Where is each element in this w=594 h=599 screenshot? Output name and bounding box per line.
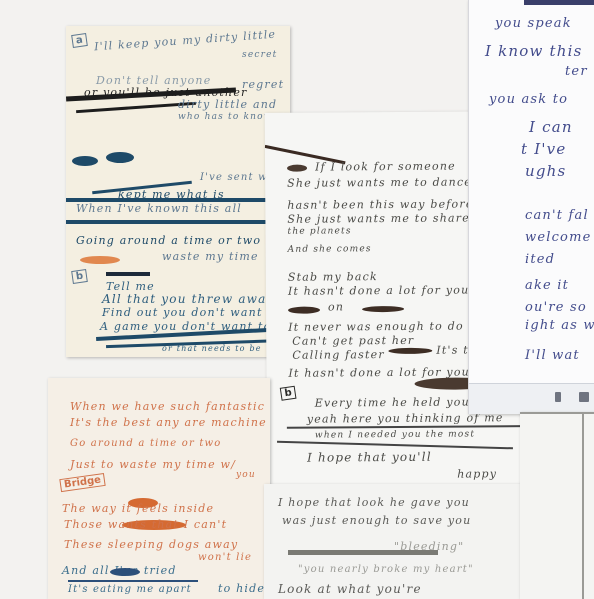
lyric-line: It never was enough to do [288,320,464,334]
lyric-line: These sleeping dogs away [64,538,238,551]
verse-label-b: b [280,386,297,401]
lyric-line: when I needed you the most [315,429,475,440]
lyric-line: the planets [287,226,351,236]
lyric-line: to hide [218,582,265,595]
lyric-line: It's eating me apart [68,584,192,595]
blank-sheet [520,412,594,599]
lyric-line: When I've known this all [76,202,242,215]
lyric-line: ited [525,252,555,267]
pencil-scribble [362,306,404,312]
lyric-line: ight as we [525,318,594,333]
pencil-scribble [287,165,307,172]
ink-scribble [72,156,98,166]
lyric-line: dirty little and [178,98,277,111]
lyric-line: Go around a time or two [70,438,222,449]
lyric-line: regret [242,78,284,91]
lyric-line: When we have such fantastic tales [70,400,270,413]
lyric-line: Calling faster [292,348,385,362]
lyric-line: It hasn't done a lot for you [288,283,470,297]
crossed-out-line [66,220,290,224]
ink-scribble [106,152,134,163]
lyric-line: can't fal [525,208,589,223]
lyric-line: I know this [485,42,582,60]
lyric-line: waste my time [162,250,259,263]
lyric-line: on [328,300,344,313]
lyric-line: Can't get past her [292,334,414,348]
lyric-line: Look at what you're [278,582,422,596]
crossed-out-line [106,272,150,276]
page-mark-icon [579,392,589,402]
lyric-line: ter [565,64,588,79]
lyric-sheet-3: When we have such fantastic tales It's t… [48,378,270,599]
underline [68,580,198,582]
lyric-line: "you nearly broke my heart" [298,564,474,575]
lyric-line: secret [242,50,277,60]
lyric-sheet-1: a I'll keep you my dirty little secret D… [66,26,290,357]
lyric-line: And she comes [288,244,372,255]
sheet-edge [582,414,584,599]
lyric-line: welcome i [525,230,594,245]
lyric-line: I've sent w [200,172,268,183]
orange-scribble [80,256,120,264]
lyric-line: you [236,470,256,480]
lyric-line: ou're so [525,300,587,315]
lyric-line: Find out you don't want to [102,306,281,319]
lyric-line: "bleeding" [394,540,464,553]
lyric-line: or that needs to be [162,344,262,353]
lyric-line: I hope that look he gave you [278,496,470,509]
lyric-line: Stab my back [288,270,378,284]
lyric-line: won't lie [198,552,252,563]
pencil-scribble [388,348,432,354]
lyric-line: ughs [525,162,566,180]
page-header-bar [524,0,594,5]
lyric-line: Just to waste my time w/ [70,458,236,471]
lyric-line: t I've [521,140,566,158]
lyric-line: I hope that you'll [307,450,432,465]
lyric-line: If I look for someone [315,160,456,174]
bridge-label: Bridge [59,473,105,492]
lyric-line: I'll wat [525,348,580,363]
lyric-line: ake it [525,278,569,293]
divider-line [277,441,513,449]
lyric-sheet-4: I hope that look he gave you was just en… [264,484,532,599]
lyric-line: She just wants me to share [287,211,470,225]
verse-label-b: b [71,269,88,284]
divider-line [287,425,523,428]
lyric-line: All that you threw away [102,292,274,306]
lyric-sheet-5: you speak I know this ter you ask to I c… [468,0,594,414]
lyric-line: who has to know [178,112,273,122]
lyric-line: you ask to [489,92,568,107]
lyric-line: Those wants that I can't [64,518,227,531]
lyric-line: happy [457,467,497,480]
verse-label-a: a [71,33,87,48]
lyric-line: The way it feels inside [62,502,214,515]
lyric-line: It's the best any are machine [70,416,267,429]
blue-scribble [110,568,140,576]
lyric-line: was just enough to save you [282,514,471,527]
lyric-line: Going around a time or two [76,234,261,247]
lyric-line: I can [529,118,573,136]
pencil-scribble [288,307,320,314]
lyric-line: hasn't been this way before [287,197,473,211]
page-mark-icon [555,392,561,402]
page-footer [469,383,594,414]
lyric-line: you speak [495,16,572,31]
